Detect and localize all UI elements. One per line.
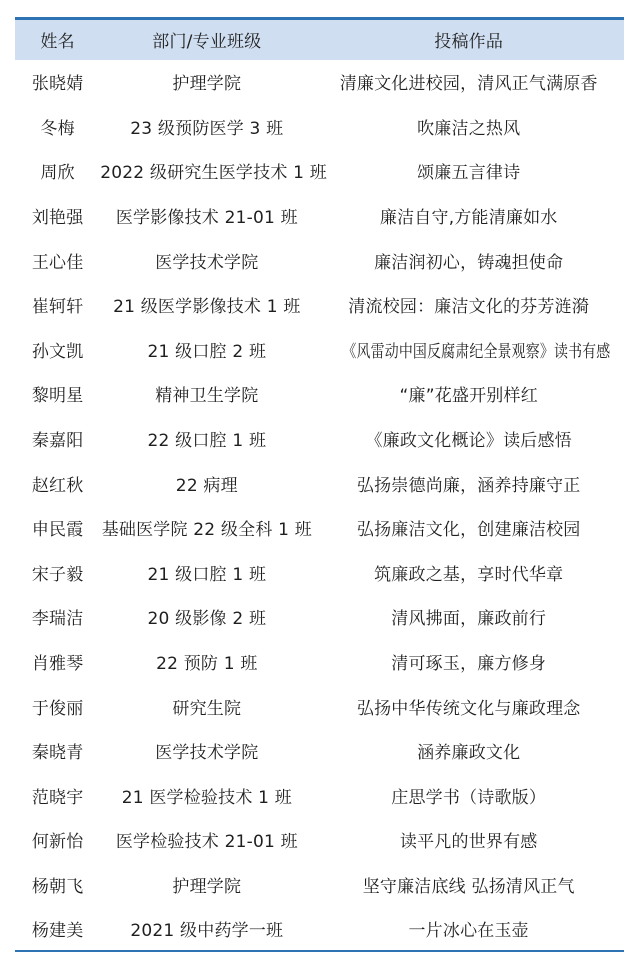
cell-work: 《风雷动中国反腐肃纪全景观察》读书有感 (313, 327, 624, 372)
cell-dept: 护理学院 (100, 60, 313, 105)
table-row: 周欣2022 级研究生医学技术 1 班颂廉五言律诗 (15, 149, 624, 194)
header-row: 姓名部门/专业班级投稿作品 (15, 19, 624, 60)
cell-work: “廉”花盛开别样红 (313, 372, 624, 417)
cell-work: 清廉文化进校园，清风正气满原香 (313, 60, 624, 105)
cell-name-text: 张晓婧 (32, 69, 84, 94)
table-row: 杨建美2021 级中药学一班一片冰心在玉壶 (15, 907, 624, 952)
cell-name: 于俊丽 (15, 684, 100, 729)
cell-work: 清可琢玉，廉方修身 (313, 639, 624, 684)
cell-dept-text: 21 医学检验技术 1 班 (122, 783, 292, 808)
cell-dept: 基础医学院 22 级全科 1 班 (100, 505, 313, 550)
cell-dept-text: 21 级口腔 2 班 (147, 337, 266, 362)
cell-work-text: 读平凡的世界有感 (400, 827, 538, 852)
cell-dept-text: 2022 级研究生医学技术 1 班 (100, 158, 327, 183)
cell-dept: 2021 级中药学一班 (100, 907, 313, 952)
table-row: 秦晓青医学技术学院涵养廉政文化 (15, 728, 624, 773)
cell-work-text: 清风拂面，廉政前行 (391, 604, 546, 629)
cell-dept-text: 研究生院 (172, 694, 241, 719)
cell-dept: 21 级口腔 2 班 (100, 327, 313, 372)
table-row: 范晓宇21 医学检验技术 1 班庄思学书（诗歌版） (15, 773, 624, 818)
cell-dept-text: 20 级影像 2 班 (147, 604, 266, 629)
column-header-label: 投稿作品 (434, 27, 503, 52)
cell-name: 孙文凯 (15, 327, 100, 372)
cell-dept-text: 医学技术学院 (155, 248, 258, 273)
cell-dept-text: 医学检验技术 21-01 班 (116, 827, 298, 852)
cell-name-text: 冬梅 (40, 114, 74, 139)
cell-dept-text: 22 级口腔 1 班 (147, 426, 266, 451)
cell-work-text: 弘扬中华传统文化与廉政理念 (357, 694, 581, 719)
cell-dept-text: 23 级预防医学 3 班 (130, 114, 283, 139)
cell-name: 何新怡 (15, 818, 100, 863)
cell-name: 杨朝飞 (15, 862, 100, 907)
cell-name: 秦嘉阳 (15, 416, 100, 461)
cell-work-text: 庄思学书（诗歌版） (391, 783, 546, 808)
cell-dept: 护理学院 (100, 862, 313, 907)
cell-work: 弘扬崇德尚廉，涵养持廉守正 (313, 461, 624, 506)
cell-dept-text: 22 病理 (176, 471, 238, 496)
cell-work-text: 涵养廉政文化 (417, 738, 520, 763)
cell-work: 颂廉五言律诗 (313, 149, 624, 194)
cell-work-text: 坚守廉洁底线 弘扬清风正气 (363, 872, 575, 897)
cell-work: 廉洁润初心，铸魂担使命 (313, 238, 624, 283)
cell-work-text: 廉洁润初心，铸魂担使命 (374, 248, 563, 273)
cell-dept-text: 护理学院 (172, 872, 241, 897)
cell-dept: 20 级影像 2 班 (100, 595, 313, 640)
cell-work: 吹廉洁之热风 (313, 104, 624, 149)
cell-work: 读平凡的世界有感 (313, 818, 624, 863)
table-row: 何新怡医学检验技术 21-01 班读平凡的世界有感 (15, 818, 624, 863)
cell-name: 杨建美 (15, 907, 100, 952)
column-header-label: 部门/专业班级 (152, 27, 261, 52)
cell-name-text: 孙文凯 (32, 337, 84, 362)
cell-work-text: 《风雷动中国反腐肃纪全景观察》读书有感 (343, 337, 611, 362)
cell-work-text: 《廉政文化概论》读后感悟 (365, 426, 571, 451)
cell-name: 赵红秋 (15, 461, 100, 506)
cell-dept-text: 21 级口腔 1 班 (147, 560, 266, 585)
cell-work-text: 廉洁自守,方能清廉如水 (380, 203, 558, 228)
cell-name-text: 刘艳强 (32, 203, 84, 228)
cell-work: 清流校园：廉洁文化的芬芳涟漪 (313, 282, 624, 327)
cell-work-text: 吹廉洁之热风 (417, 114, 520, 139)
cell-name: 宋子毅 (15, 550, 100, 595)
column-header-label: 姓名 (40, 27, 74, 52)
cell-name-text: 宋子毅 (32, 560, 84, 585)
table-row: 刘艳强医学影像技术 21-01 班廉洁自守,方能清廉如水 (15, 193, 624, 238)
submission-table: 姓名部门/专业班级投稿作品 张晓婧护理学院清廉文化进校园，清风正气满原香冬梅23… (15, 17, 624, 952)
cell-work-text: 弘扬崇德尚廉，涵养持廉守正 (357, 471, 581, 496)
cell-name-text: 杨朝飞 (32, 872, 84, 897)
table-header: 姓名部门/专业班级投稿作品 (15, 19, 624, 60)
table-row: 杨朝飞护理学院坚守廉洁底线 弘扬清风正气 (15, 862, 624, 907)
cell-name-text: 崔轲轩 (32, 292, 84, 317)
cell-work: 一片冰心在玉壶 (313, 907, 624, 952)
table-row: 李瑞洁20 级影像 2 班清风拂面，廉政前行 (15, 595, 624, 640)
cell-dept: 21 级口腔 1 班 (100, 550, 313, 595)
cell-name: 申民霞 (15, 505, 100, 550)
cell-dept-text: 2021 级中药学一班 (130, 916, 283, 941)
cell-dept-text: 医学影像技术 21-01 班 (116, 203, 298, 228)
cell-name-text: 范晓宇 (32, 783, 84, 808)
cell-work: 弘扬中华传统文化与廉政理念 (313, 684, 624, 729)
cell-name-text: 王心佳 (32, 248, 84, 273)
cell-dept-text: 22 预防 1 班 (156, 649, 257, 674)
cell-name: 肖雅琴 (15, 639, 100, 684)
cell-name-text: 周欣 (40, 158, 74, 183)
cell-work-text: 一片冰心在玉壶 (408, 916, 528, 941)
table-row: 于俊丽研究生院弘扬中华传统文化与廉政理念 (15, 684, 624, 729)
cell-dept-text: 21 级医学影像技术 1 班 (113, 292, 300, 317)
cell-dept-text: 精神卫生学院 (155, 381, 258, 406)
cell-dept: 医学技术学院 (100, 238, 313, 283)
cell-work-text: “廉”花盛开别样红 (399, 381, 537, 406)
cell-work-text: 清流校园：廉洁文化的芬芳涟漪 (348, 292, 589, 317)
cell-name-text: 申民霞 (32, 515, 84, 540)
cell-dept: 23 级预防医学 3 班 (100, 104, 313, 149)
document-page: 姓名部门/专业班级投稿作品 张晓婧护理学院清廉文化进校园，清风正气满原香冬梅23… (0, 0, 639, 967)
cell-dept: 22 级口腔 1 班 (100, 416, 313, 461)
table-row: 孙文凯21 级口腔 2 班《风雷动中国反腐肃纪全景观察》读书有感 (15, 327, 624, 372)
cell-work: 弘扬廉洁文化，创建廉洁校园 (313, 505, 624, 550)
cell-name-text: 秦晓青 (32, 738, 84, 763)
cell-dept: 22 病理 (100, 461, 313, 506)
cell-dept: 医学检验技术 21-01 班 (100, 818, 313, 863)
cell-name: 李瑞洁 (15, 595, 100, 640)
table-row: 肖雅琴22 预防 1 班清可琢玉，廉方修身 (15, 639, 624, 684)
cell-name-text: 秦嘉阳 (32, 426, 84, 451)
cell-work: 坚守廉洁底线 弘扬清风正气 (313, 862, 624, 907)
cell-name: 刘艳强 (15, 193, 100, 238)
cell-work: 筑廉政之基，享时代华章 (313, 550, 624, 595)
cell-dept: 21 级医学影像技术 1 班 (100, 282, 313, 327)
cell-dept: 21 医学检验技术 1 班 (100, 773, 313, 818)
table-row: 王心佳医学技术学院廉洁润初心，铸魂担使命 (15, 238, 624, 283)
cell-name-text: 杨建美 (32, 916, 84, 941)
cell-work-text: 清廉文化进校园，清风正气满原香 (340, 69, 598, 94)
column-header-name: 姓名 (15, 19, 100, 60)
cell-dept-text: 护理学院 (172, 69, 241, 94)
cell-dept: 22 预防 1 班 (100, 639, 313, 684)
cell-name: 崔轲轩 (15, 282, 100, 327)
table-row: 申民霞基础医学院 22 级全科 1 班弘扬廉洁文化，创建廉洁校园 (15, 505, 624, 550)
cell-work-text: 清可琢玉，廉方修身 (391, 649, 546, 674)
cell-name-text: 黎明星 (32, 381, 84, 406)
cell-work: 《廉政文化概论》读后感悟 (313, 416, 624, 461)
cell-name-text: 何新怡 (32, 827, 84, 852)
cell-dept-text: 基础医学院 22 级全科 1 班 (102, 515, 312, 540)
cell-work: 庄思学书（诗歌版） (313, 773, 624, 818)
table-body: 张晓婧护理学院清廉文化进校园，清风正气满原香冬梅23 级预防医学 3 班吹廉洁之… (15, 60, 624, 952)
cell-name: 周欣 (15, 149, 100, 194)
cell-name: 黎明星 (15, 372, 100, 417)
table-row: 赵红秋22 病理弘扬崇德尚廉，涵养持廉守正 (15, 461, 624, 506)
table-row: 冬梅23 级预防医学 3 班吹廉洁之热风 (15, 104, 624, 149)
table-row: 张晓婧护理学院清廉文化进校园，清风正气满原香 (15, 60, 624, 105)
cell-dept: 医学影像技术 21-01 班 (100, 193, 313, 238)
table-row: 黎明星精神卫生学院“廉”花盛开别样红 (15, 372, 624, 417)
cell-name-text: 赵红秋 (32, 471, 84, 496)
cell-name-text: 李瑞洁 (32, 604, 84, 629)
cell-name: 冬梅 (15, 104, 100, 149)
cell-name: 范晓宇 (15, 773, 100, 818)
cell-name: 秦晓青 (15, 728, 100, 773)
column-header-dept: 部门/专业班级 (100, 19, 313, 60)
cell-name-text: 肖雅琴 (32, 649, 84, 674)
cell-name-text: 于俊丽 (32, 694, 84, 719)
cell-dept: 精神卫生学院 (100, 372, 313, 417)
cell-dept-text: 医学技术学院 (155, 738, 258, 763)
cell-work: 涵养廉政文化 (313, 728, 624, 773)
cell-work-text: 筑廉政之基，享时代华章 (374, 560, 563, 585)
cell-work-text: 颂廉五言律诗 (417, 158, 520, 183)
table-row: 崔轲轩21 级医学影像技术 1 班清流校园：廉洁文化的芬芳涟漪 (15, 282, 624, 327)
table-row: 秦嘉阳22 级口腔 1 班《廉政文化概论》读后感悟 (15, 416, 624, 461)
column-header-work: 投稿作品 (313, 19, 624, 60)
cell-work-text: 弘扬廉洁文化，创建廉洁校园 (357, 515, 581, 540)
cell-dept: 研究生院 (100, 684, 313, 729)
cell-dept: 2022 级研究生医学技术 1 班 (100, 149, 313, 194)
cell-work: 清风拂面，廉政前行 (313, 595, 624, 640)
cell-dept: 医学技术学院 (100, 728, 313, 773)
cell-name: 张晓婧 (15, 60, 100, 105)
table-row: 宋子毅21 级口腔 1 班筑廉政之基，享时代华章 (15, 550, 624, 595)
cell-work: 廉洁自守,方能清廉如水 (313, 193, 624, 238)
cell-name: 王心佳 (15, 238, 100, 283)
